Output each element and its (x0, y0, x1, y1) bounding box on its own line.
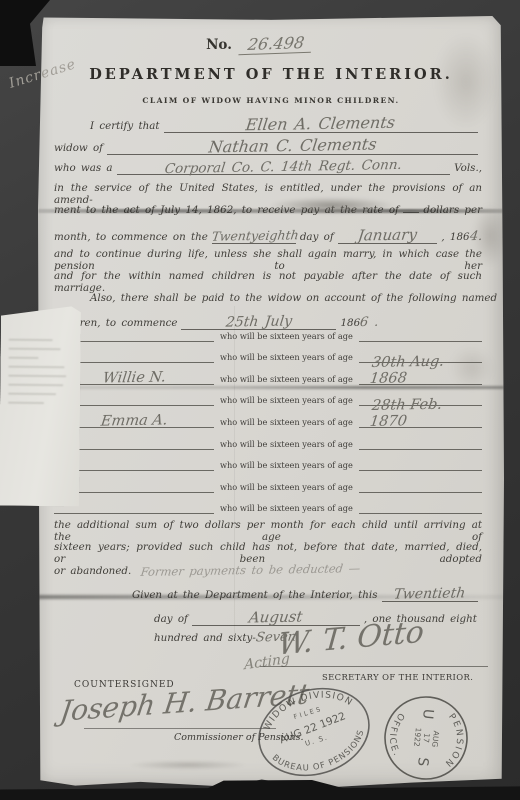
bleedthrough-text-line (8, 393, 56, 396)
closing-line-1: the additional sum of two dollars per mo… (54, 519, 482, 543)
child-row-label: who will be sixteen years of age (214, 460, 359, 471)
child-row-6: who will be sixteen years of age (54, 428, 482, 450)
child-date: 30th Aug. 1868 (369, 353, 484, 387)
acting-annotation: Acting (244, 651, 290, 674)
child-date-field (359, 482, 482, 493)
day-of-label: day of (300, 231, 334, 243)
bleedthrough-text-line (8, 357, 38, 359)
who-was-label: who was a (54, 162, 113, 174)
page-subtitle: CLAIM OF WIDOW HAVING MINOR CHILDREN. (38, 96, 504, 105)
given-day-field: Twentieth (382, 586, 478, 602)
given-day-of-label: day of (154, 613, 188, 625)
child-date-field: 30th Aug. 1868 (359, 354, 482, 385)
closing-line-3: or abandoned. Former payments to be dedu… (54, 563, 482, 577)
child-date-field (359, 331, 482, 342)
bleedthrough-text-line (8, 375, 66, 378)
child-row-label: who will be sixteen years of age (214, 417, 359, 428)
also-line: Also, there shall be paid to the widow o… (54, 292, 482, 304)
child-row-label: who will be sixteen years of age (214, 482, 359, 493)
certify-line: I certify that Ellen A. Clements (54, 114, 482, 133)
children-rows: who will be sixteen years of age who wil… (54, 320, 482, 514)
child-row-label: who will be sixteen years of age (214, 503, 359, 514)
document-number-value: 26.498 (238, 33, 313, 56)
bleedthrough-text-line (8, 384, 63, 387)
document-number-label: No. (206, 37, 232, 53)
also-text: Also, there shall be paid to the widow o… (90, 292, 497, 304)
child-name: Willie N. (102, 369, 167, 386)
bleedthrough-text-line (9, 348, 61, 351)
abandoned-text: or abandoned. (54, 565, 131, 577)
continue-line-1: and to continue during life, unless she … (54, 248, 482, 272)
year-text-2: hundred and sixty- (154, 632, 256, 644)
child-date-field (359, 439, 482, 450)
child-row-label: who will be sixteen years of age (214, 439, 359, 450)
pencil-deduction-note: Former payments to be deducted — (140, 561, 361, 579)
given-line: Given at the Department of the Interior,… (54, 586, 482, 602)
commence-label: month, to commence on the (54, 231, 208, 243)
stamp-date-year: 1922 (412, 727, 423, 747)
commence-year-hw: 4. (469, 229, 483, 244)
child-date-field (359, 460, 482, 471)
year-printed-prefix: , 186 (441, 231, 469, 243)
act-line-after: dollars per (423, 204, 482, 216)
child-date-field: 28th Feb. 1870 (359, 397, 482, 428)
child-row-label: who will be sixteen years of age (214, 395, 359, 406)
vols-suffix: Vols., (454, 162, 482, 174)
rank-line: who was a Corporal Co. C. 14th Regt. Con… (54, 159, 482, 175)
stamp-date-month: AUG (430, 730, 441, 747)
child-row-8: who will be sixteen years of age (54, 471, 482, 493)
service-line: in the service of the United States, is … (54, 182, 482, 206)
vertical-fold-line (234, 306, 235, 636)
stamp-date-day: 17 (421, 733, 431, 744)
widow-name-field: Ellen A. Clements (164, 114, 478, 133)
commence-line: month, to commence on the Twentyeighth d… (54, 226, 482, 244)
commence-day-field: Twentyeighth (212, 228, 296, 244)
certify-prefix: I certify that (90, 120, 160, 132)
widow-of-line: widow of Nathan C. Clements (54, 136, 482, 155)
child-row-9: who will be sixteen years of age (54, 493, 482, 515)
child-row-7: who will be sixteen years of age (54, 450, 482, 472)
given-text: Given at the Department of the Interior,… (132, 589, 378, 601)
closing-line-2: sixteen years; provided such child has n… (54, 541, 482, 565)
child-date: 28th Feb. 1870 (369, 396, 484, 430)
illegible-rate-value (403, 212, 420, 213)
child-row-label: who will be sixteen years of age (214, 374, 359, 385)
pension-office-stamp: PENSION OFFICE. U S AUG 17 1922 (378, 690, 475, 787)
pension-certificate-paper: No. 26.498 DEPARTMENT OF THE INTERIOR. C… (38, 16, 504, 788)
widow-of-label: widow of (54, 142, 103, 154)
child-row-1: who will be sixteen years of age (54, 320, 482, 342)
child-row-label: who will be sixteen years of age (214, 331, 359, 342)
commence-month: January (357, 225, 418, 244)
document-number: No. 26.498 (26, 34, 492, 54)
page-title: DEPARTMENT OF THE INTERIOR. (38, 66, 504, 83)
continue-line-2: and for the within named children is not… (54, 270, 482, 294)
commence-day: Twentyeighth (211, 227, 300, 244)
child-name: Emma A. (100, 412, 169, 429)
damaged-rate-smudge (268, 197, 396, 214)
rank-unit-field: Corporal Co. C. 14th Regt. Conn. (117, 159, 451, 175)
given-day: Twentieth (393, 585, 466, 602)
stamp-u: U (419, 708, 436, 720)
secretary-signature-line (260, 666, 488, 667)
rank-unit: Corporal Co. C. 14th Regt. Conn. (164, 156, 403, 176)
attached-folded-slip (0, 306, 81, 507)
child-row-3: Willie N. who will be sixteen years of a… (54, 363, 482, 385)
child-row-5: Emma A. who will be sixteen years of age… (54, 406, 482, 428)
child-row-label: who will be sixteen years of age (214, 352, 359, 363)
child-date-field (359, 503, 482, 514)
paper-stain (128, 760, 248, 770)
commence-month-field: January (338, 226, 438, 244)
scanned-document-page: No. 26.498 DEPARTMENT OF THE INTERIOR. C… (0, 0, 520, 800)
soldier-name: Nathan C. Clements (207, 135, 377, 157)
bleedthrough-text-line (8, 366, 64, 369)
widow-name: Ellen A. Clements (245, 113, 397, 135)
bleedthrough-text-line (8, 402, 44, 404)
soldier-name-field: Nathan C. Clements (107, 136, 478, 155)
bleedthrough-text-line (9, 339, 53, 341)
given-month: August (248, 608, 304, 627)
stamp-s: S (414, 757, 431, 768)
